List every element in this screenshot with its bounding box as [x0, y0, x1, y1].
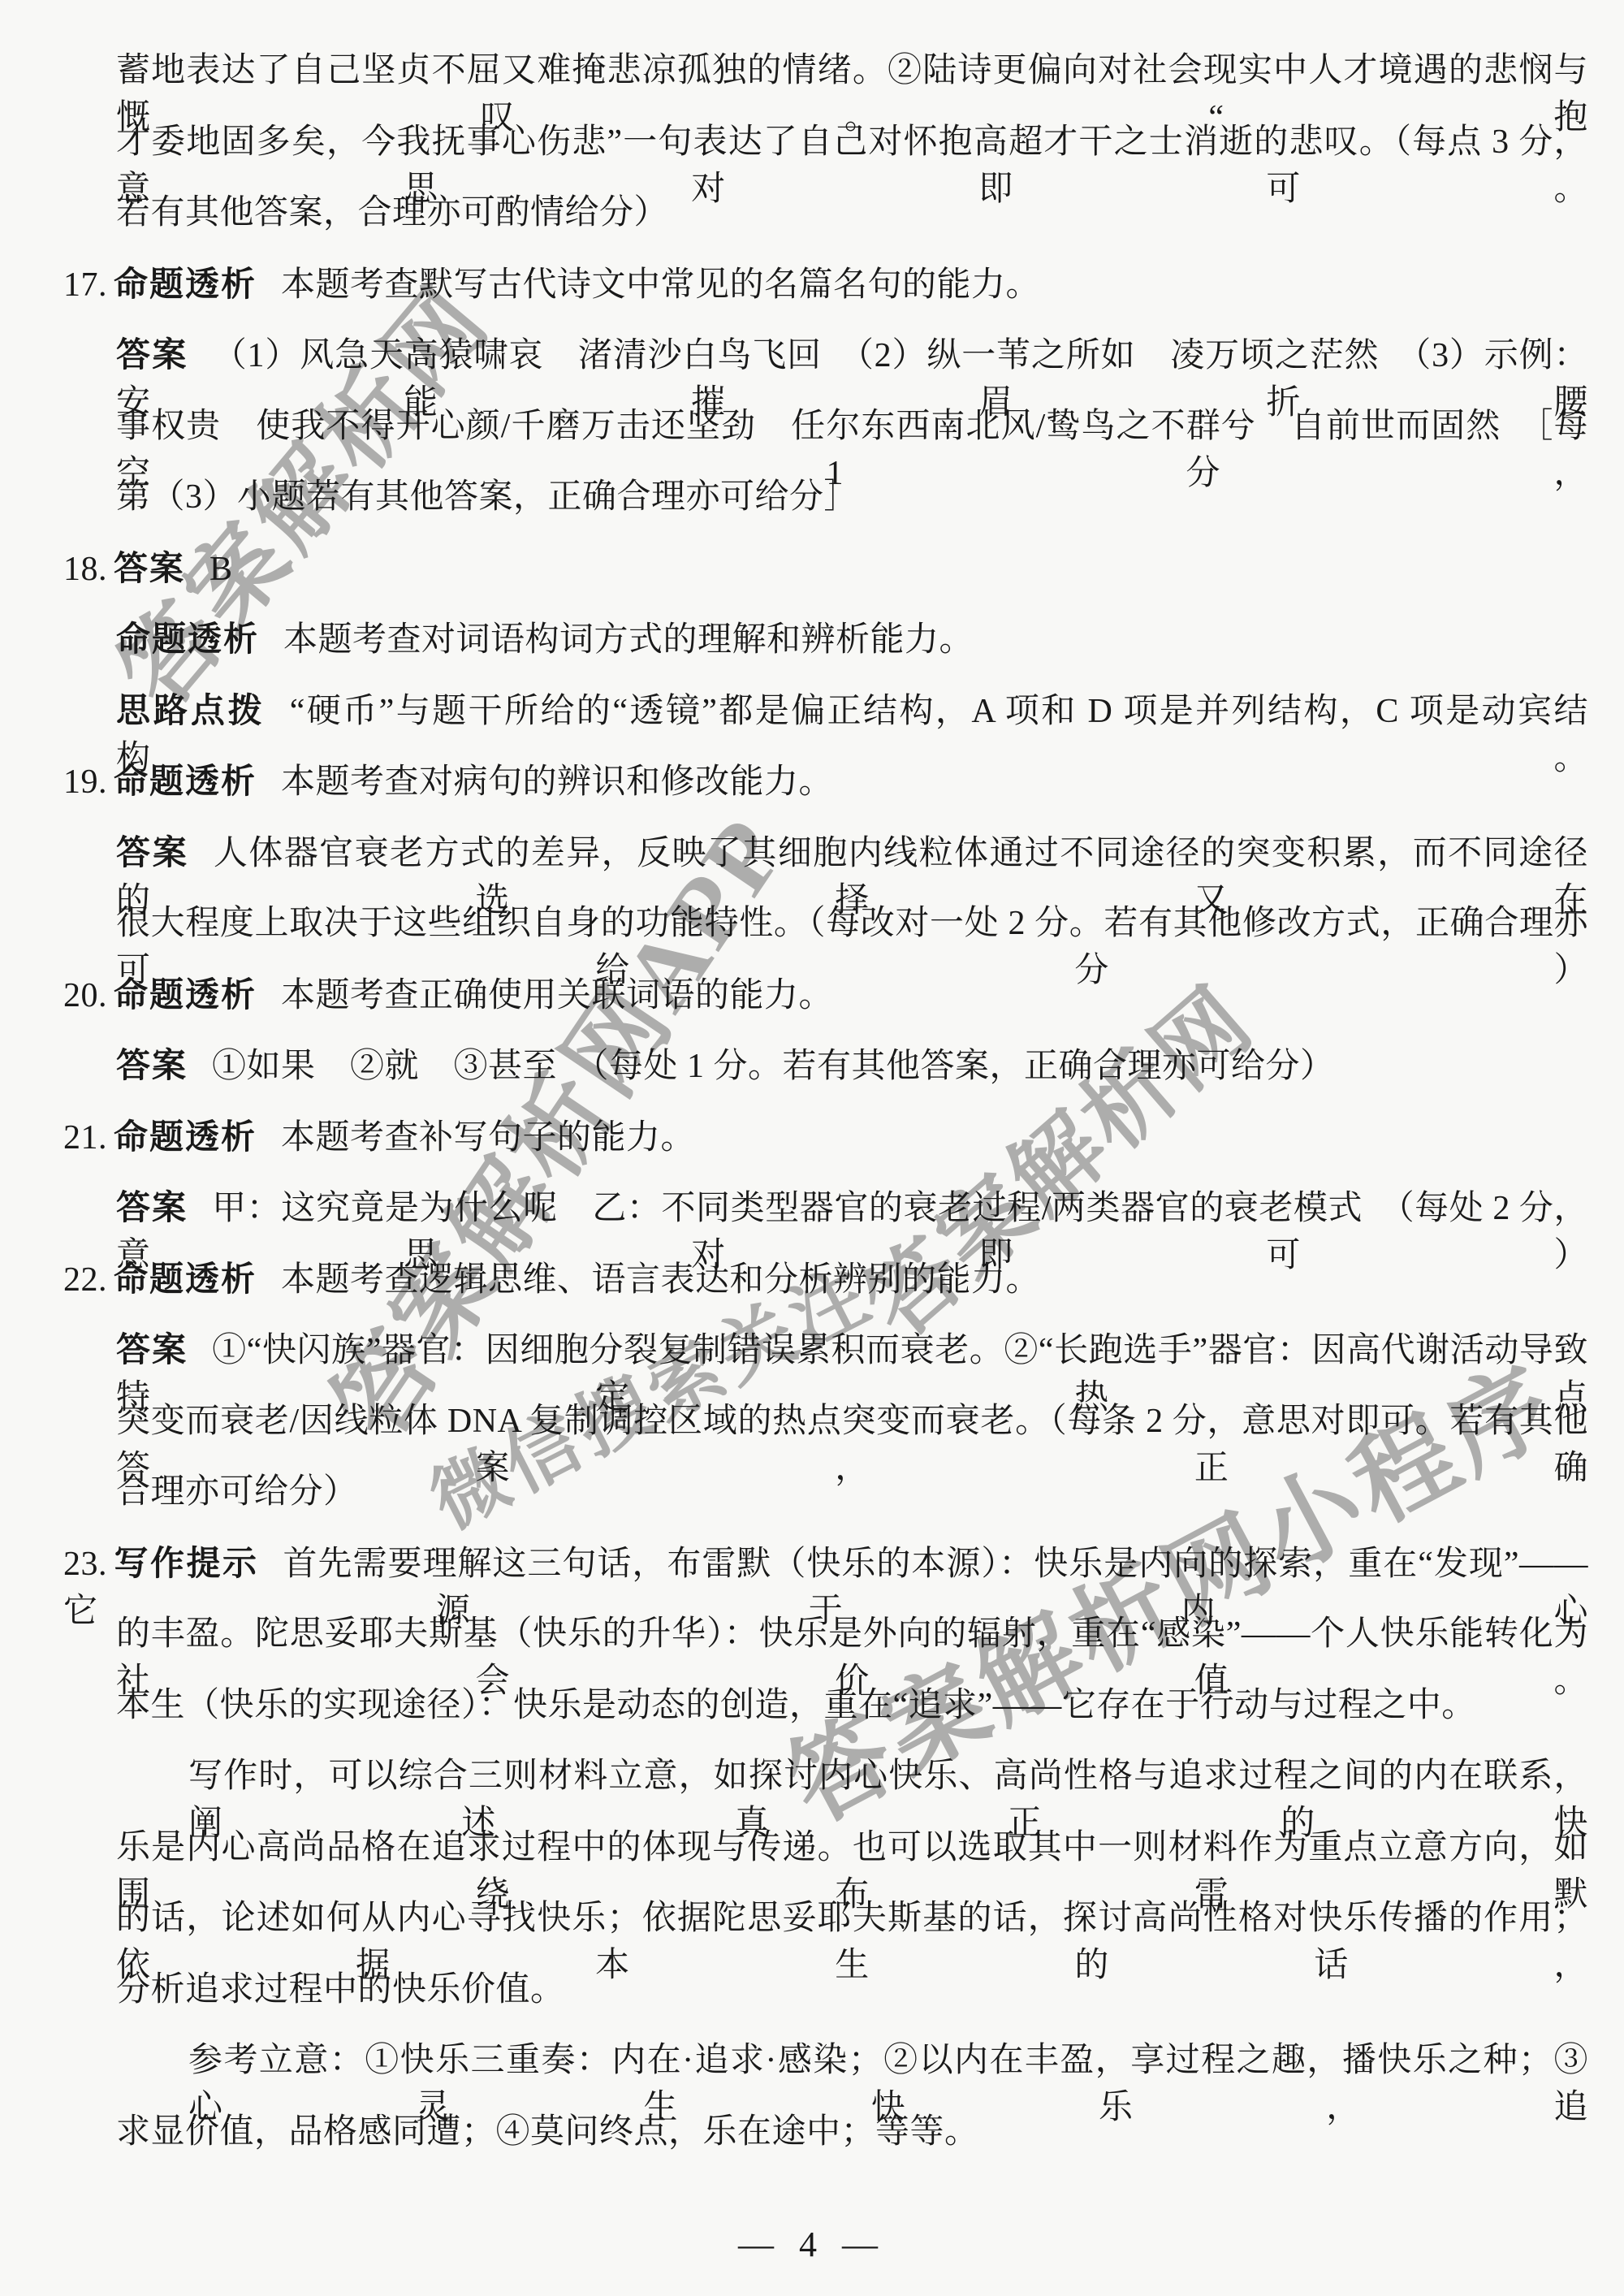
section-label: 命题透析 — [114, 975, 257, 1014]
section-label: 答案 — [116, 1330, 188, 1369]
line-text: 分析追求过程中的快乐价值。 — [116, 1971, 565, 2008]
section-label: 命题透析 — [114, 265, 257, 303]
item-number: 19. — [63, 759, 114, 806]
section-label: 答案 — [116, 1188, 188, 1226]
section-label: 写作提示 — [114, 1544, 258, 1582]
item-number: 21. — [63, 1114, 114, 1161]
line-text: 本题考查逻辑思维、语言表达和分析辨别的能力。 — [281, 1261, 1040, 1299]
text-line: 命题透析本题考查对词语构词方式的理解和辨析能力。 — [116, 616, 974, 664]
text-line: 合理亦可给分） — [116, 1468, 358, 1516]
section-label: 命题透析 — [116, 620, 259, 658]
item-number: 17. — [63, 262, 114, 309]
text-line: 第（3）小题若有其他答案，正确合理亦可给分］ — [116, 473, 858, 521]
section-label: 命题透析 — [114, 1118, 257, 1156]
text-line: 求显价值，品格感同遭；④莫问终点，乐在途中；等等。 — [116, 2108, 979, 2155]
line-text: 本题考查对词语构词方式的理解和辨析能力。 — [283, 621, 974, 659]
line-text: B — [209, 551, 233, 588]
answer-item-line: 22.命题透析本题考查逻辑思维、语言表达和分析辨别的能力。 — [63, 1256, 1040, 1304]
answer-item-line: 21.命题透析本题考查补写句子的能力。 — [63, 1113, 695, 1161]
line-text: 第（3）小题若有其他答案，正确合理亦可给分］ — [116, 478, 858, 516]
line-text: 本题考查默写古代诗文中常见的名篇名句的能力。 — [281, 266, 1040, 304]
section-label: 答案 — [114, 549, 185, 587]
line-text: 若有其他答案，合理亦可酌情给分） — [116, 194, 668, 231]
line-text: 本题考查正确使用关联词语的能力。 — [281, 977, 833, 1014]
answer-item-line: 17.命题透析本题考查默写古代诗文中常见的名篇名句的能力。 — [63, 261, 1040, 309]
line-text: 本题考查对病句的辨识和修改能力。 — [281, 763, 833, 801]
text-line: 答案①如果 ②就 ③甚至 （每处 1 分。若有其他答案，正确合理亦可给分） — [116, 1042, 1335, 1090]
item-number: 22. — [63, 1256, 114, 1304]
document-page: 答案解析网答案解析网APP微信搜索关注答案解析网答案解析网小程序 蓄地表达了自己… — [0, 0, 1624, 2296]
section-label: 答案 — [116, 833, 189, 871]
section-label: 答案 — [116, 1046, 188, 1084]
text-line: 本生（快乐的实现途径）：快乐是动态的创造，重在“追求”——它存在于行动与过程之中… — [116, 1682, 1476, 1729]
section-label: 思路点拨 — [116, 691, 266, 729]
item-number: 23. — [63, 1541, 114, 1588]
section-label: 命题透析 — [114, 762, 257, 800]
line-text: 求显价值，品格感同遭；④莫问终点，乐在途中；等等。 — [116, 2113, 979, 2151]
text-line: 分析追求过程中的快乐价值。 — [116, 1966, 565, 2013]
answer-item-line: 19.命题透析本题考查对病句的辨识和修改能力。 — [63, 758, 833, 806]
answer-item-line: 18.答案B — [63, 545, 233, 593]
answer-item-line: 20.命题透析本题考查正确使用关联词语的能力。 — [63, 971, 833, 1019]
text-line: 若有其他答案，合理亦可酌情给分） — [116, 189, 668, 236]
line-text: 本题考查补写句子的能力。 — [281, 1119, 695, 1157]
page-number: — 4 — — [0, 2224, 1624, 2265]
section-label: 答案 — [116, 335, 188, 374]
item-number: 20. — [63, 972, 114, 1019]
line-text: 本生（快乐的实现途径）：快乐是动态的创造，重在“追求”——它存在于行动与过程之中… — [116, 1687, 1476, 1724]
item-number: 18. — [63, 546, 114, 593]
section-label: 命题透析 — [114, 1260, 257, 1298]
line-text: 合理亦可给分） — [116, 1473, 358, 1511]
line-text: ①如果 ②就 ③甚至 （每处 1 分。若有其他答案，正确合理亦可给分） — [212, 1048, 1335, 1085]
